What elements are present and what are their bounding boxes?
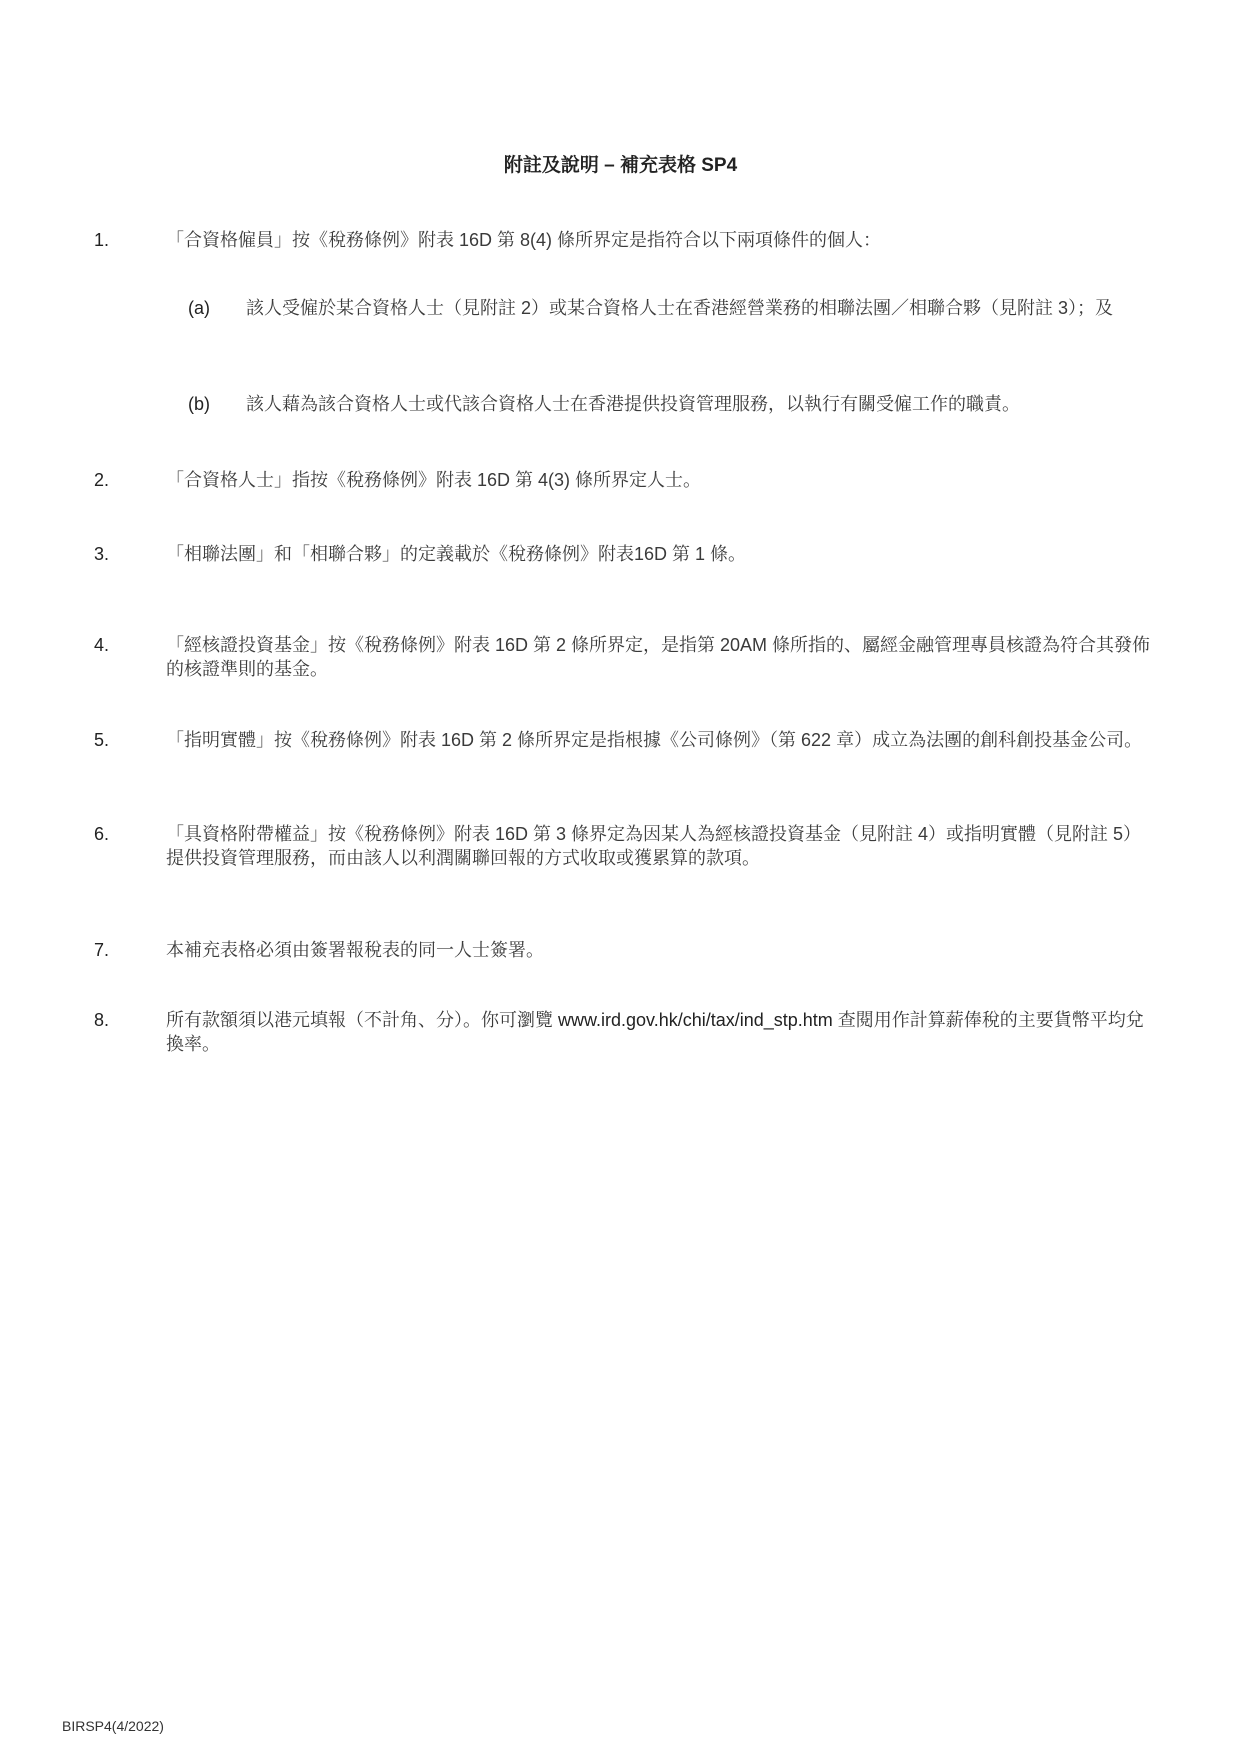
note-number: 5. xyxy=(94,728,109,752)
subitem-text: 該人藉為該合資格人士或代該合資格人士在香港提供投資管理服務，以執行有關受僱工作的… xyxy=(246,392,1154,416)
note-number: 1. xyxy=(94,228,109,252)
note-number: 7. xyxy=(94,938,109,962)
form-code: BIRSP4(4/2022) xyxy=(62,1718,164,1734)
note-number: 6. xyxy=(94,822,109,846)
note-text: 「相聯法團」和「相聯合夥」的定義載於《稅務條例》附表16D 第 1 條。 xyxy=(166,542,1154,566)
note-number: 3. xyxy=(94,542,109,566)
note-number: 2. xyxy=(94,468,109,492)
page-title: 附註及說明 – 補充表格 SP4 xyxy=(0,150,1241,177)
note-text-before-link: 所有款額須以港元填報（不計角、分）。你可瀏覽 xyxy=(166,1010,558,1030)
note-text: 「合資格僱員」按《稅務條例》附表 16D 第 8(4) 條所界定是指符合以下兩項… xyxy=(166,228,1154,252)
note-number: 8. xyxy=(94,1008,109,1032)
subitem-text: 該人受僱於某合資格人士（見附註 2）或某合資格人士在香港經營業務的相聯法團／相聯… xyxy=(246,296,1154,320)
note-text: 本補充表格必須由簽署報稅表的同一人士簽署。 xyxy=(166,938,1154,962)
exchange-rate-link[interactable]: www.ird.gov.hk/chi/tax/ind_stp.htm xyxy=(558,1010,833,1030)
note-text: 「經核證投資基金」按《稅務條例》附表 16D 第 2 條所界定，是指第 20AM… xyxy=(166,633,1154,681)
note-number: 4. xyxy=(94,633,109,657)
note-text: 「指明實體」按《稅務條例》附表 16D 第 2 條所界定是指根據《公司條例》（第… xyxy=(166,728,1154,752)
subitem-label: (a) xyxy=(188,296,210,320)
note-text: 所有款額須以港元填報（不計角、分）。你可瀏覽 www.ird.gov.hk/ch… xyxy=(166,1008,1154,1056)
note-text: 「合資格人士」指按《稅務條例》附表 16D 第 4(3) 條所界定人士。 xyxy=(166,468,1154,492)
note-text: 「具資格附帶權益」按《稅務條例》附表 16D 第 3 條界定為因某人為經核證投資… xyxy=(166,822,1154,870)
subitem-label: (b) xyxy=(188,392,210,416)
